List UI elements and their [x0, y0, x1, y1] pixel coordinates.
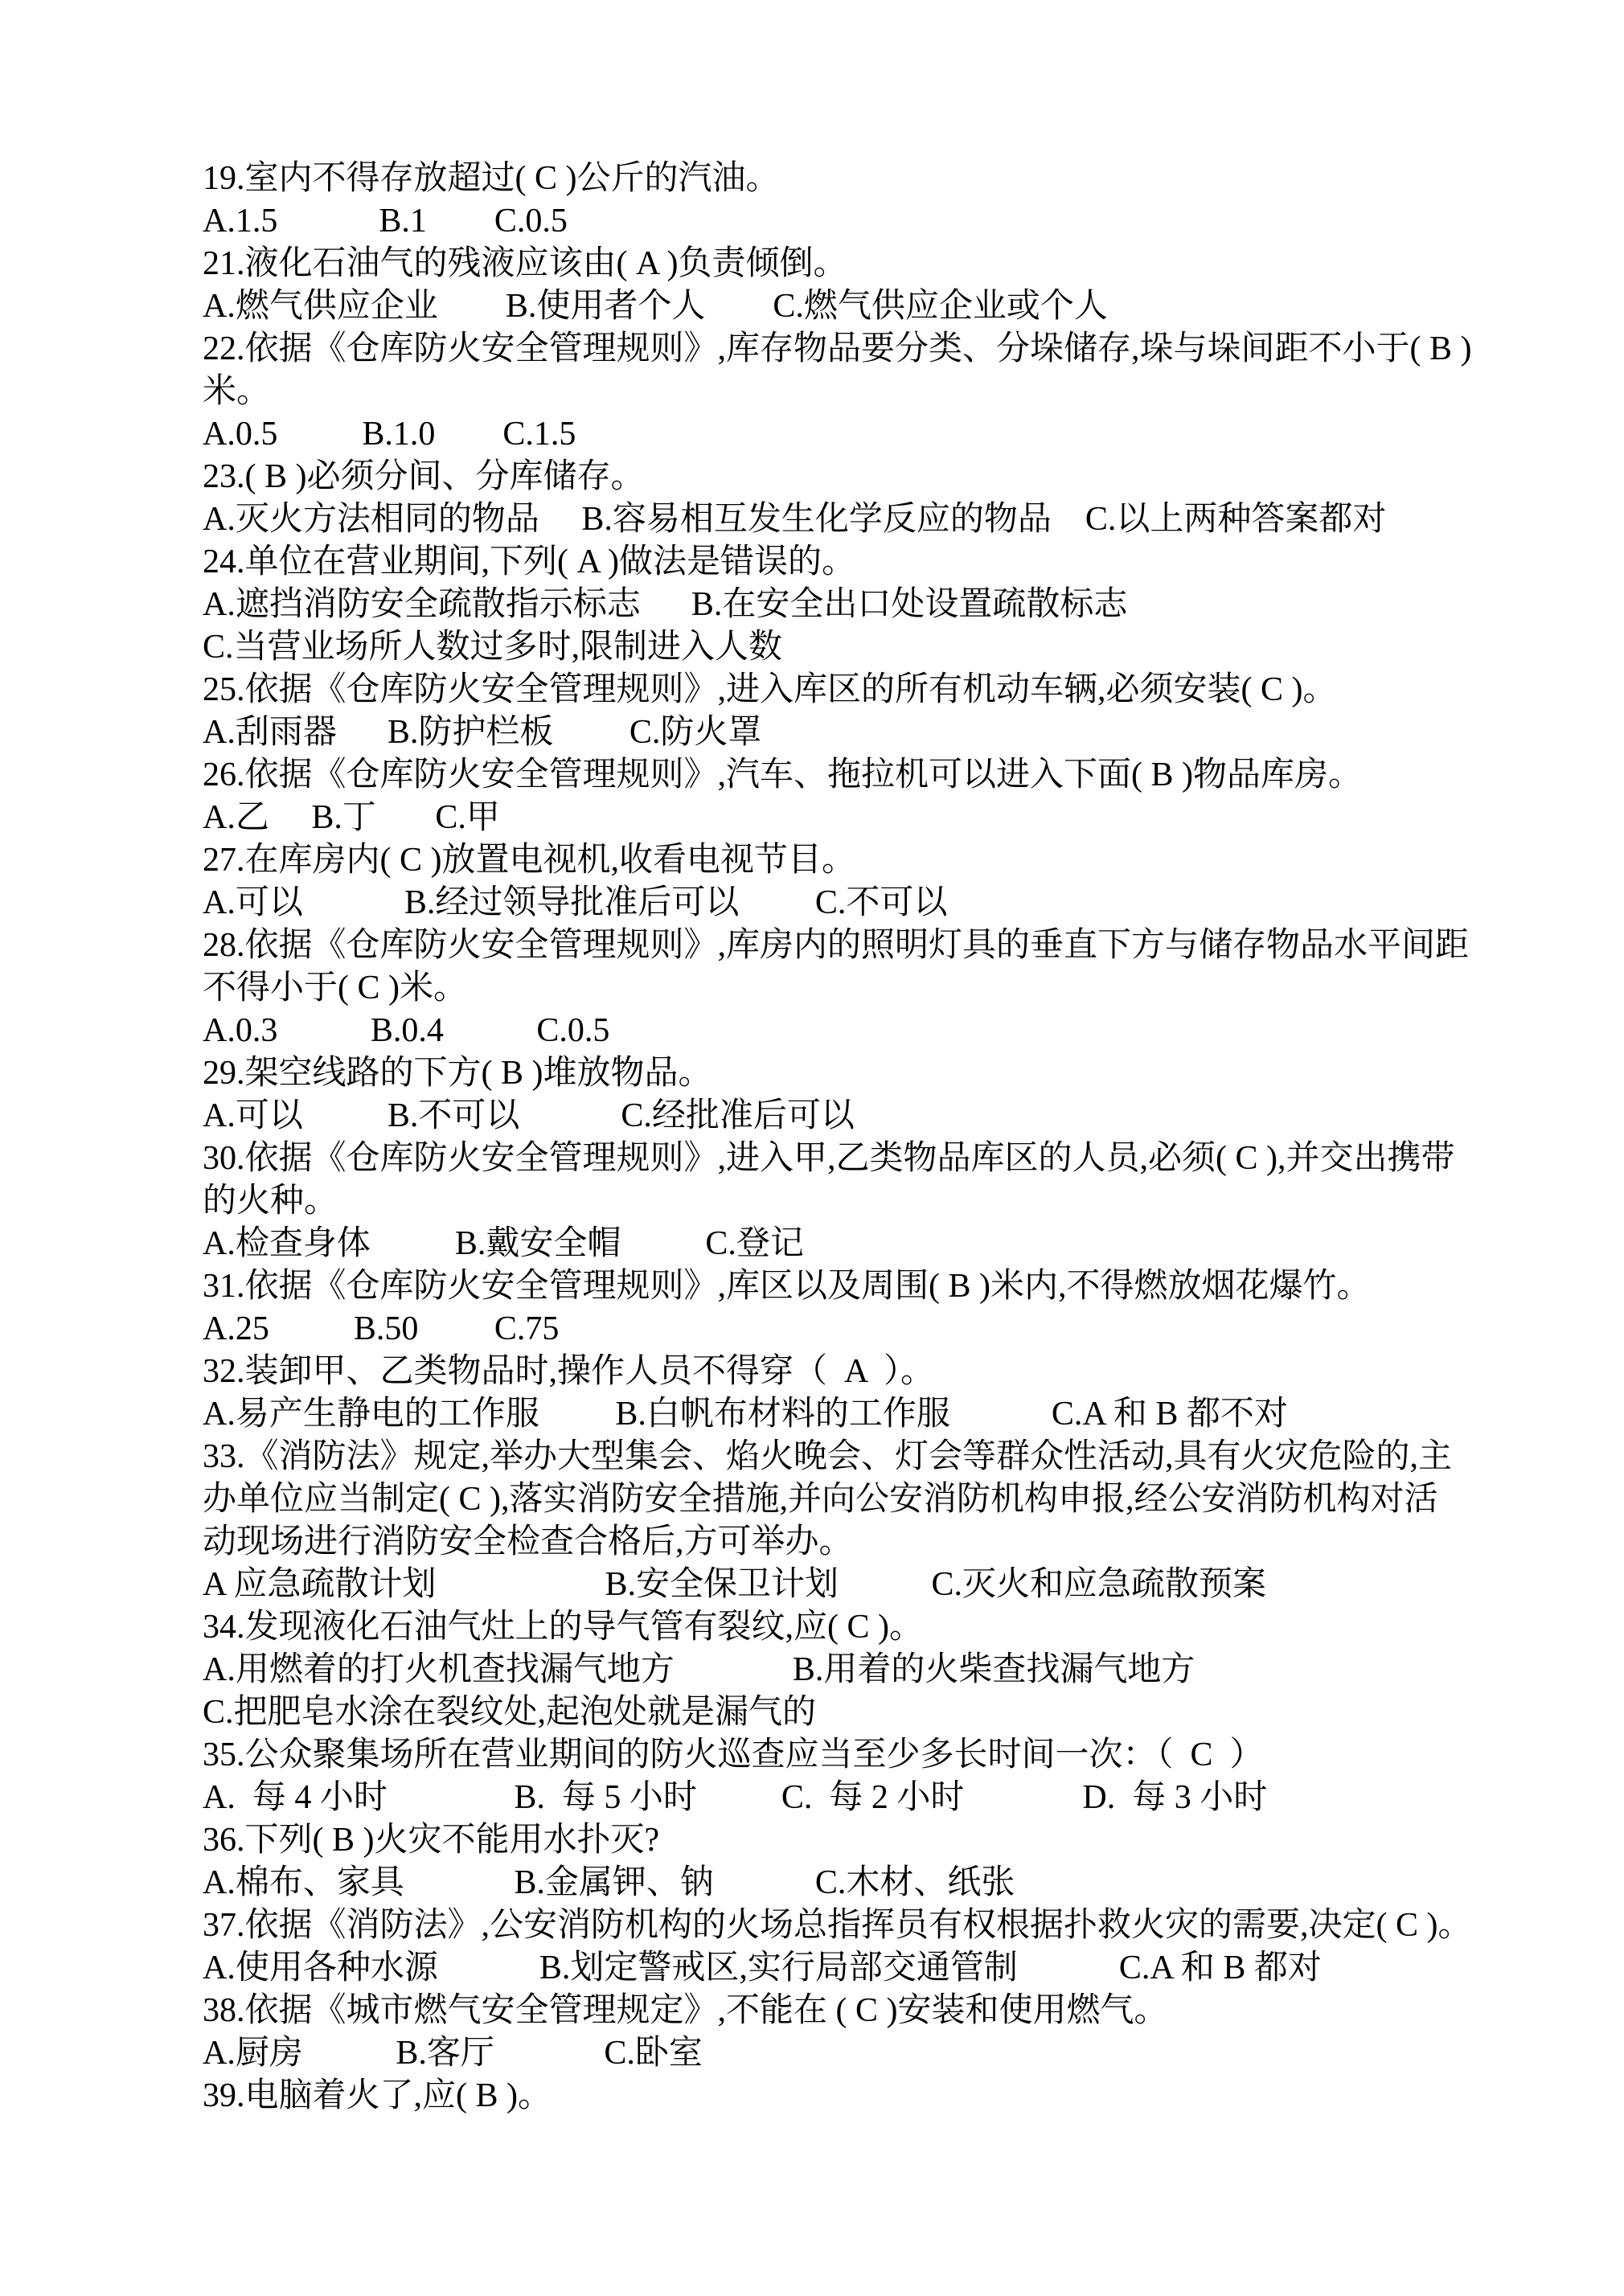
text-line: C.当营业场所人数过多时,限制进入人数 [203, 626, 1505, 669]
text-line: A.用燃着的打火机查找漏气地方 B.用着的火柴查找漏气地方 [203, 1649, 1505, 1691]
text-line: 27.在库房内( C )放置电视机,收看电视节目。 [203, 839, 1505, 882]
text-line: 35.公众聚集场所在营业期间的防火巡查应当至少多长时间一次：（ C ） [203, 1734, 1505, 1777]
text-line: 动现场进行消防安全检查合格后,方可举办。 [203, 1521, 1505, 1564]
text-line: A.0.3 B.0.4 C.0.5 [203, 1010, 1505, 1052]
text-line: 33.《消防法》规定,举办大型集会、焰火晚会、灯会等群众性活动,具有火灾危险的,… [203, 1436, 1505, 1478]
text-line: 32.装卸甲、乙类物品时,操作人员不得穿（ A ）。 [203, 1351, 1505, 1393]
text-line: 25.依据《仓库防火安全管理规则》,进入库区的所有机动车辆,必须安装( C )。 [203, 669, 1505, 711]
text-line: 22.依据《仓库防火安全管理规则》,库存物品要分类、分垛储存,垛与垛间距不小于(… [203, 328, 1505, 371]
text-line: A.灭火方法相同的物品 B.容易相互发生化学反应的物品 C.以上两种答案都对 [203, 498, 1505, 541]
text-line: 31.依据《仓库防火安全管理规则》,库区以及周围( B )米内,不得燃放烟花爆竹… [203, 1265, 1505, 1308]
text-line: 39.电脑着火了,应( B )。 [203, 2075, 1505, 2118]
exam-document-page: 19.室内不得存放超过( C )公斤的汽油。A.1.5 B.1 C.0.521.… [0, 0, 1624, 2296]
text-line: A.1.5 B.1 C.0.5 [203, 200, 1505, 243]
text-line: 38.依据《城市燃气安全管理规定》,不能在 ( C )安装和使用燃气。 [203, 1990, 1505, 2032]
text-line: A 应急疏散计划 B.安全保卫计划 C.灭火和应急疏散预案 [203, 1564, 1505, 1606]
text-line: 34.发现液化石油气灶上的导气管有裂纹,应( C )。 [203, 1606, 1505, 1649]
text-line: A.遮挡消防安全疏散指示标志 B.在安全出口处设置疏散标志 [203, 584, 1505, 626]
text-line: A.可以 B.不可以 C.经批准后可以 [203, 1095, 1505, 1138]
text-line: A.使用各种水源 B.划定警戒区,实行局部交通管制 C.A 和 B 都对 [203, 1947, 1505, 1990]
text-line: 不得小于( C )米。 [203, 967, 1505, 1010]
text-line: 21.液化石油气的残液应该由( A )负责倾倒。 [203, 243, 1505, 285]
text-line: 23.( B )必须分间、分库储存。 [203, 456, 1505, 498]
text-line: A. 每 4 小时 B. 每 5 小时 C. 每 2 小时 D. 每 3 小时 [203, 1777, 1505, 1819]
text-line: 37.依据《消防法》,公安消防机构的火场总指挥员有权根据扑救火灾的需要,决定( … [203, 1904, 1505, 1947]
text-line: A.厨房 B.客厅 C.卧室 [203, 2032, 1505, 2075]
text-line: A.棉布、家具 B.金属钾、钠 C.木材、纸张 [203, 1862, 1505, 1904]
text-line: 24.单位在营业期间,下列( A )做法是错误的。 [203, 541, 1505, 584]
text-line: 36.下列( B )火灾不能用水扑灭? [203, 1819, 1505, 1862]
text-line: 30.依据《仓库防火安全管理规则》,进入甲,乙类物品库区的人员,必须( C ),… [203, 1138, 1505, 1180]
text-line: C.把肥皂水涂在裂纹处,起泡处就是漏气的 [203, 1691, 1505, 1734]
text-line: A.易产生静电的工作服 B.白帆布材料的工作服 C.A 和 B 都不对 [203, 1393, 1505, 1436]
text-line: 办单位应当制定( C ),落实消防安全措施,并向公安消防机构申报,经公安消防机构… [203, 1478, 1505, 1521]
text-line: 29.架空线路的下方( B )堆放物品。 [203, 1052, 1505, 1095]
text-line: 19.室内不得存放超过( C )公斤的汽油。 [203, 158, 1505, 200]
text-line: A.乙 B.丁 C.甲 [203, 797, 1505, 839]
text-line: A.检查身体 B.戴安全帽 C.登记 [203, 1223, 1505, 1265]
text-line: A.燃气供应企业 B.使用者个人 C.燃气供应企业或个人 [203, 285, 1505, 328]
text-line: A.25 B.50 C.75 [203, 1308, 1505, 1351]
question-lines: 19.室内不得存放超过( C )公斤的汽油。A.1.5 B.1 C.0.521.… [203, 158, 1505, 2118]
text-line: 的火种。 [203, 1180, 1505, 1223]
text-line: 米。 [203, 371, 1505, 413]
text-line: A.刮雨器 B.防护栏板 C.防火罩 [203, 711, 1505, 754]
text-line: A.可以 B.经过领导批准后可以 C.不可以 [203, 882, 1505, 925]
text-line: A.0.5 B.1.0 C.1.5 [203, 413, 1505, 456]
text-line: 28.依据《仓库防火安全管理规则》,库房内的照明灯具的垂直下方与储存物品水平间距 [203, 925, 1505, 967]
text-line: 26.依据《仓库防火安全管理规则》,汽车、拖拉机可以进入下面( B )物品库房。 [203, 754, 1505, 797]
